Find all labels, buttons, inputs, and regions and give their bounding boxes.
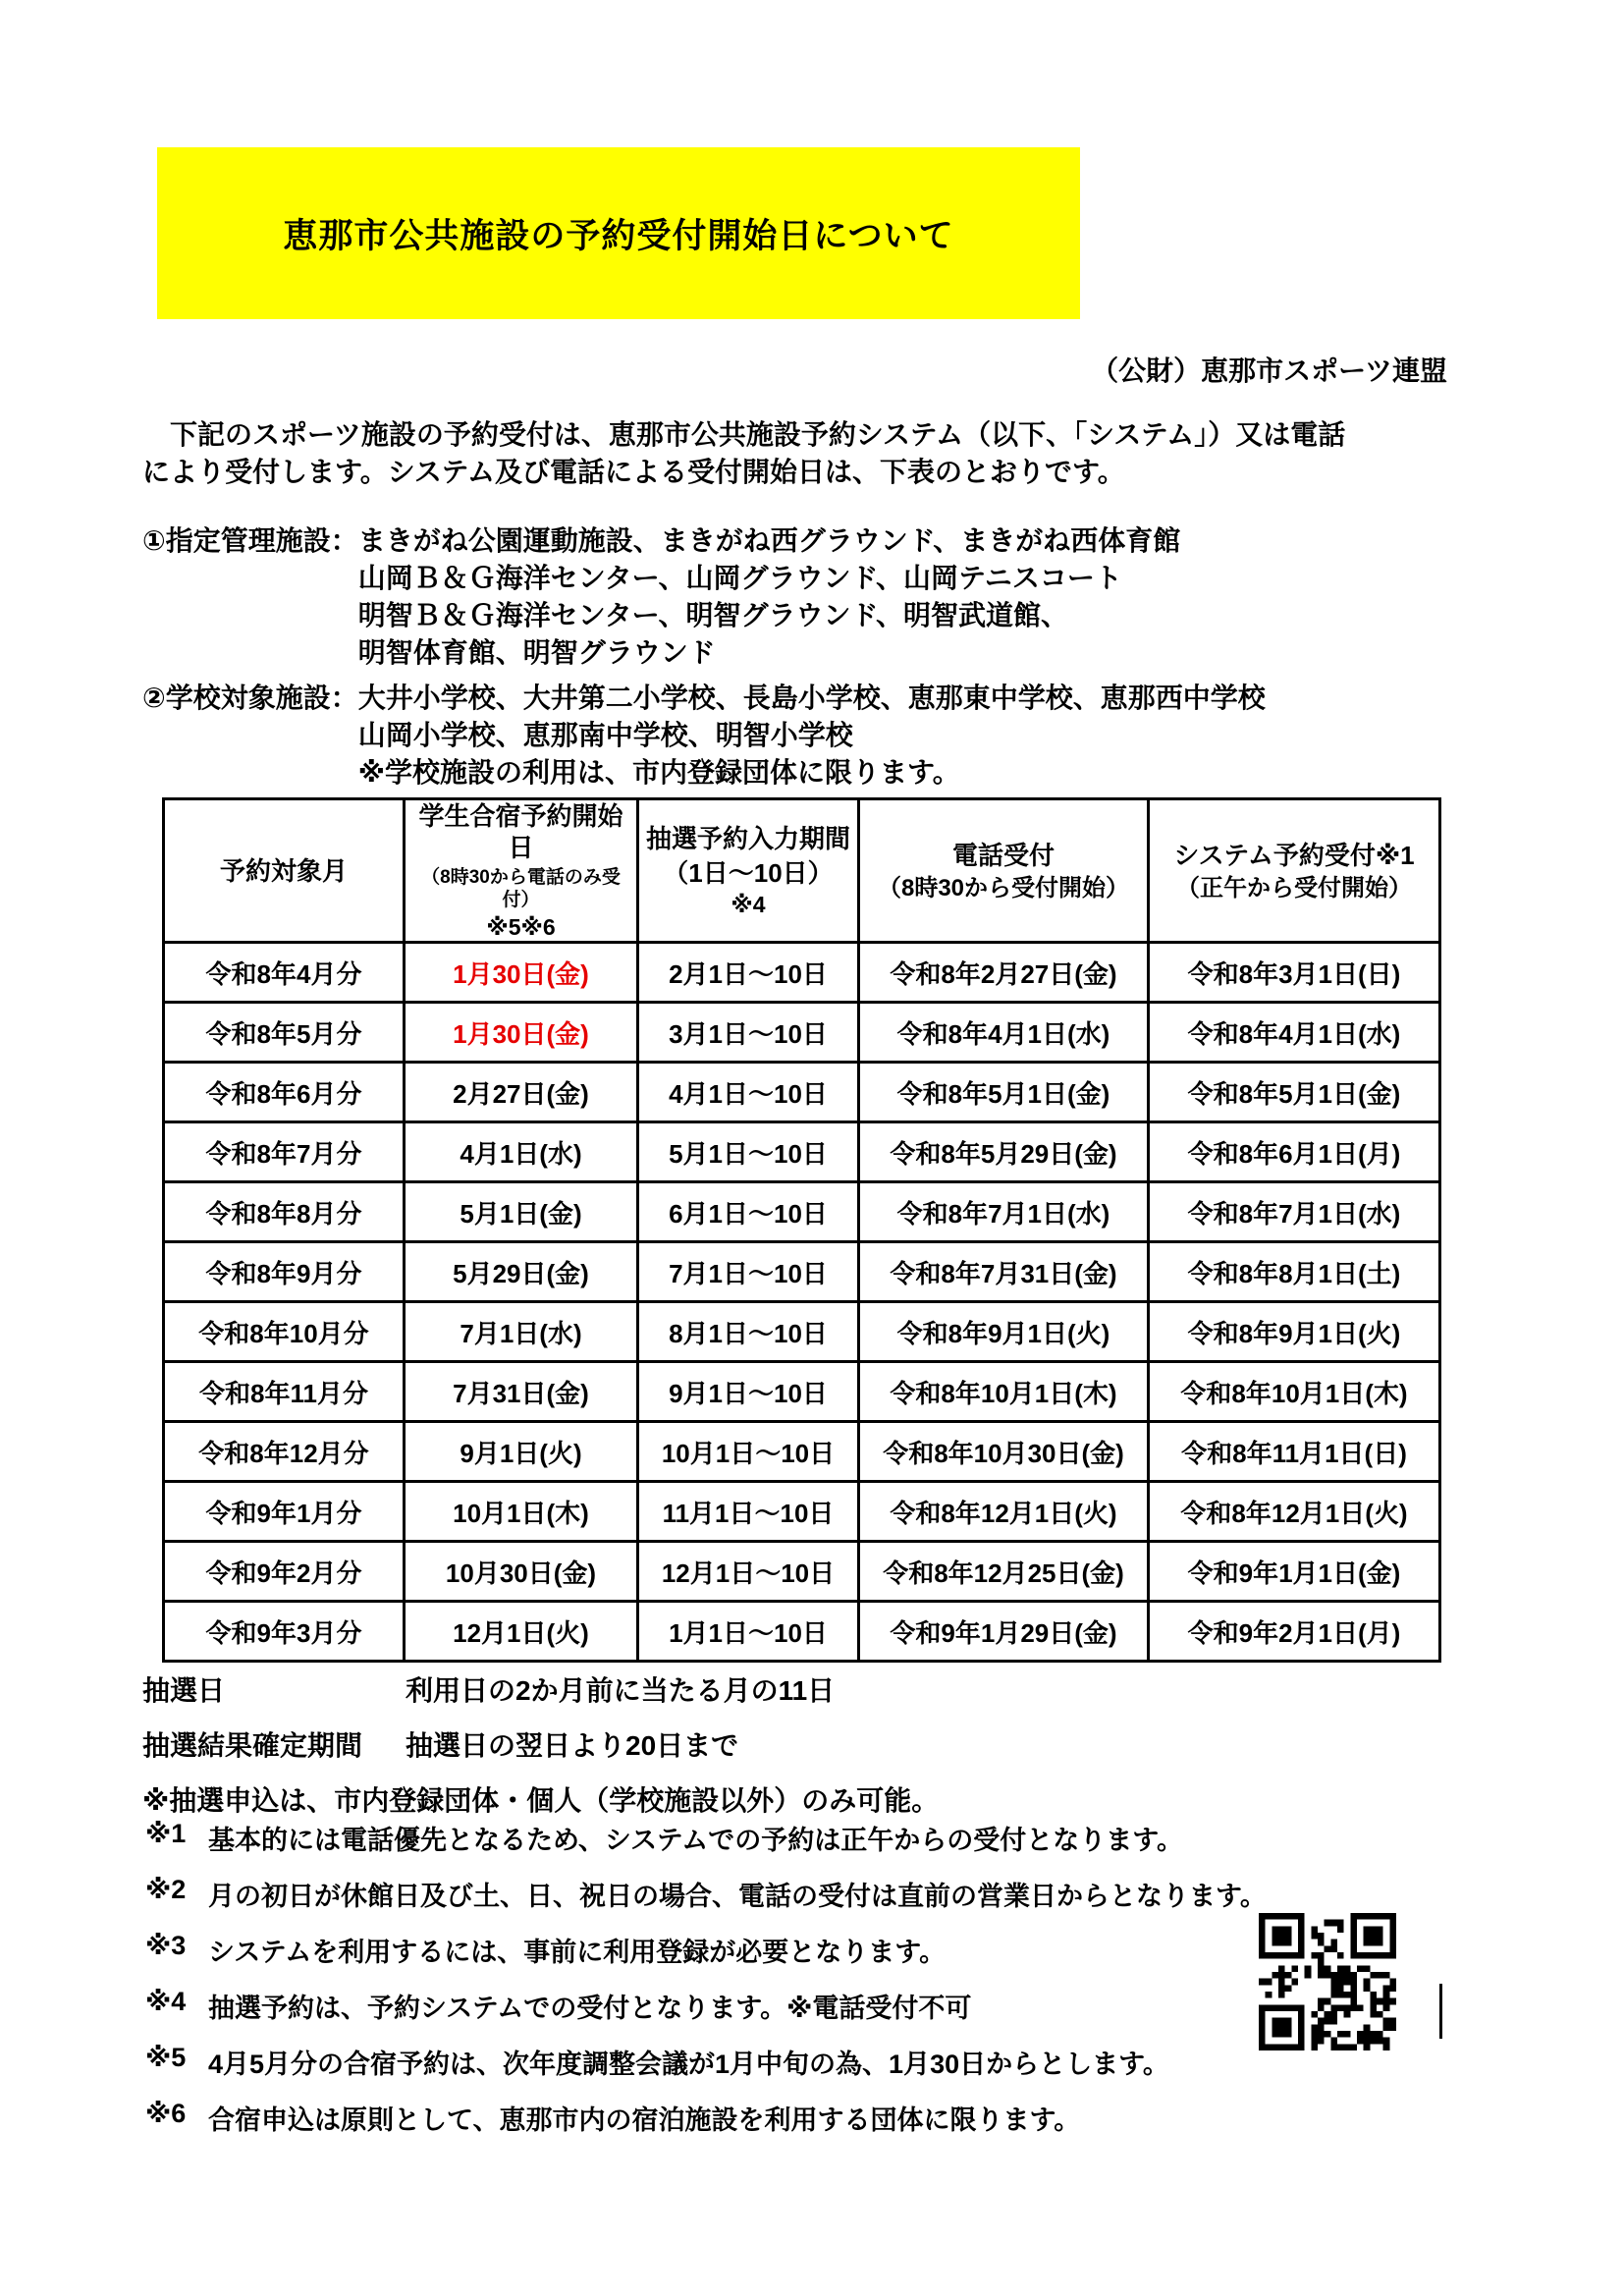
vertical-line-mark	[1439, 1984, 1442, 2039]
col-header-lottery-period: 抽選予約入力期間 （1日～10日） ※4	[638, 799, 859, 943]
facility-school-lines: 大井小学校、大井第二小学校、長島小学校、恵那東中学校、恵那西中学校 山岡小学校、…	[358, 680, 1266, 792]
facility-line: 明智体育館、明智グラウンド	[358, 634, 1180, 672]
cell-phone-start: 令和8年12月25日(金)	[859, 1542, 1149, 1602]
table-row: 令和9年1月分 10月1日(木) 11月1日～10日 令和8年12月1日(火) …	[164, 1482, 1440, 1542]
facility-designated-lines: まきがね公園運動施設、まきがね西グラウンド、まきがね西体育館 山岡Ｂ＆Ｇ海洋セン…	[358, 522, 1180, 672]
cell-camp-start: 1月30日(金)	[405, 1003, 638, 1063]
table-row: 令和8年12月分 9月1日(火) 10月1日～10日 令和8年10月30日(金)…	[164, 1422, 1440, 1482]
header-note-ref: ※4	[731, 892, 765, 918]
note-text: 抽選日の翌日より20日まで	[406, 1724, 738, 1764]
cell-phone-start: 令和8年7月31日(金)	[859, 1242, 1149, 1302]
cell-lottery-period: 9月1日～10日	[638, 1362, 859, 1422]
title-banner: 恵那市公共施設の予約受付開始日について	[157, 147, 1080, 319]
cell-month: 令和9年1月分	[164, 1482, 405, 1542]
header-line: 電話受付	[952, 840, 1055, 871]
footnote-number: ※1	[145, 1819, 208, 1857]
table-row: 令和8年11月分 7月31日(金) 9月1日～10日 令和8年10月1日(木) …	[164, 1362, 1440, 1422]
table-row: 令和9年3月分 12月1日(火) 1月1日～10日 令和9年1月29日(金) 令…	[164, 1602, 1440, 1662]
footnote-number: ※6	[145, 2099, 208, 2137]
cell-month: 令和8年9月分	[164, 1242, 405, 1302]
note-lottery-eligibility: ※抽選申込は、市内登録団体・個人（学校施設以外）のみ可能。	[142, 1779, 939, 1819]
header-line: 学生合宿予約開始日	[409, 800, 632, 863]
cell-camp-start: 5月29日(金)	[405, 1242, 638, 1302]
footnote-number: ※3	[145, 1931, 208, 1969]
footnote-number: ※2	[145, 1875, 208, 1913]
cell-system-start: 令和8年7月1日(水)	[1149, 1182, 1440, 1242]
cell-lottery-period: 10月1日～10日	[638, 1422, 859, 1482]
schedule-table: 予約対象月 学生合宿予約開始日 （8時30から電話のみ受付） ※5※6 抽選予約…	[162, 797, 1441, 1663]
cell-lottery-period: 5月1日～10日	[638, 1122, 859, 1182]
cell-phone-start: 令和8年12月1日(火)	[859, 1482, 1149, 1542]
cell-lottery-period: 6月1日～10日	[638, 1182, 859, 1242]
header-subline: （8時30から電話のみ受付）	[409, 866, 632, 911]
note-result-period: 抽選結果確定期間 抽選日の翌日より20日まで	[142, 1724, 939, 1764]
cell-camp-start: 7月1日(水)	[405, 1302, 638, 1362]
cell-lottery-period: 3月1日～10日	[638, 1003, 859, 1063]
cell-lottery-period: 1月1日～10日	[638, 1602, 859, 1662]
cell-system-start: 令和8年11月1日(日)	[1149, 1422, 1440, 1482]
header-line: 抽選予約入力期間	[646, 823, 850, 854]
cell-phone-start: 令和8年5月1日(金)	[859, 1063, 1149, 1122]
cell-lottery-period: 12月1日～10日	[638, 1542, 859, 1602]
intro-line-2: により受付します。システム及び電話による受付開始日は、下表のとおりです。	[142, 454, 1345, 491]
header-subline: （正午から受付開始）	[1176, 874, 1412, 902]
table-row: 令和8年5月分 1月30日(金) 3月1日～10日 令和8年4月1日(水) 令和…	[164, 1003, 1440, 1063]
cell-lottery-period: 4月1日～10日	[638, 1063, 859, 1122]
cell-camp-start: 5月1日(金)	[405, 1182, 638, 1242]
cell-phone-start: 令和8年7月1日(水)	[859, 1182, 1149, 1242]
cell-system-start: 令和8年3月1日(日)	[1149, 943, 1440, 1003]
cell-month: 令和8年4月分	[164, 943, 405, 1003]
cell-month: 令和9年3月分	[164, 1602, 405, 1662]
cell-month: 令和8年7月分	[164, 1122, 405, 1182]
facility-line: 明智Ｂ＆Ｇ海洋センター、明智グラウンド、明智武道館、	[358, 597, 1180, 634]
cell-month: 令和9年2月分	[164, 1542, 405, 1602]
header-line: システム予約受付※1	[1173, 840, 1414, 871]
qr-code	[1259, 1913, 1396, 2050]
facility-list-designated: ①指定管理施設： まきがね公園運動施設、まきがね西グラウンド、まきがね西体育館 …	[142, 522, 1180, 672]
col-header-camp-start: 学生合宿予約開始日 （8時30から電話のみ受付） ※5※6	[405, 799, 638, 943]
footnote-number: ※4	[145, 1987, 208, 2025]
footnote: ※5 4月5月分の合宿予約は、次年度調整会議が1月中旬の為、1月30日からとしま…	[145, 2043, 1267, 2081]
cell-system-start: 令和9年1月1日(金)	[1149, 1542, 1440, 1602]
cell-lottery-period: 2月1日～10日	[638, 943, 859, 1003]
cell-month: 令和8年6月分	[164, 1063, 405, 1122]
header-line: 予約対象月	[220, 855, 348, 887]
footnote-text: 抽選予約は、予約システムでの受付となります。※電話受付不可	[208, 1987, 971, 2025]
cell-month: 令和8年8月分	[164, 1182, 405, 1242]
footnote-text: 4月5月分の合宿予約は、次年度調整会議が1月中旬の為、1月30日からとします。	[208, 2043, 1169, 2081]
cell-camp-start: 9月1日(火)	[405, 1422, 638, 1482]
table-header-row: 予約対象月 学生合宿予約開始日 （8時30から電話のみ受付） ※5※6 抽選予約…	[164, 799, 1440, 943]
facility-list-school: ②学校対象施設： 大井小学校、大井第二小学校、長島小学校、恵那東中学校、恵那西中…	[142, 680, 1266, 792]
cell-camp-start: 4月1日(水)	[405, 1122, 638, 1182]
cell-camp-start: 10月1日(木)	[405, 1482, 638, 1542]
cell-camp-start: 12月1日(火)	[405, 1602, 638, 1662]
footnote-number: ※5	[145, 2043, 208, 2081]
footnote-text: 月の初日が休館日及び土、日、祝日の場合、電話の受付は直前の営業日からとなります。	[208, 1875, 1267, 1913]
facility-line: 大井小学校、大井第二小学校、長島小学校、恵那東中学校、恵那西中学校	[358, 680, 1266, 717]
cell-system-start: 令和8年8月1日(土)	[1149, 1242, 1440, 1302]
col-header-target-month: 予約対象月	[164, 799, 405, 943]
facility-line: ※学校施設の利用は、市内登録団体に限ります。	[358, 754, 1266, 792]
footnote-text: 基本的には電話優先となるため、システムでの予約は正午からの受付となります。	[208, 1819, 1183, 1857]
note-text: 利用日の2か月前に当たる月の11日	[406, 1669, 835, 1709]
facility-line: まきがね公園運動施設、まきがね西グラウンド、まきがね西体育館	[358, 522, 1180, 560]
facility-school-label: ②学校対象施設：	[142, 680, 358, 792]
header-note-ref: ※5※6	[486, 914, 555, 941]
cell-month: 令和8年12月分	[164, 1422, 405, 1482]
footnote: ※1 基本的には電話優先となるため、システムでの予約は正午からの受付となります。	[145, 1819, 1267, 1857]
cell-month: 令和8年11月分	[164, 1362, 405, 1422]
intro-line-1: 下記のスポーツ施設の予約受付は、恵那市公共施設予約システム（以下、「システム」）…	[142, 416, 1345, 454]
page-title: 恵那市公共施設の予約受付開始日について	[283, 209, 953, 258]
cell-system-start: 令和8年5月1日(金)	[1149, 1063, 1440, 1122]
cell-system-start: 令和8年12月1日(火)	[1149, 1482, 1440, 1542]
cell-month: 令和8年10月分	[164, 1302, 405, 1362]
cell-phone-start: 令和9年1月29日(金)	[859, 1602, 1149, 1662]
table-row: 令和8年9月分 5月29日(金) 7月1日～10日 令和8年7月31日(金) 令…	[164, 1242, 1440, 1302]
col-header-phone: 電話受付 （8時30から受付開始）	[859, 799, 1149, 943]
cell-phone-start: 令和8年5月29日(金)	[859, 1122, 1149, 1182]
cell-phone-start: 令和8年10月1日(木)	[859, 1362, 1149, 1422]
cell-system-start: 令和9年2月1日(月)	[1149, 1602, 1440, 1662]
cell-system-start: 令和8年10月1日(木)	[1149, 1362, 1440, 1422]
footnote: ※2 月の初日が休館日及び土、日、祝日の場合、電話の受付は直前の営業日からとなり…	[145, 1875, 1267, 1913]
cell-phone-start: 令和8年10月30日(金)	[859, 1422, 1149, 1482]
facility-line: 山岡Ｂ＆Ｇ海洋センター、山岡グラウンド、山岡テニスコート	[358, 560, 1180, 597]
note-lottery-day: 抽選日 利用日の2か月前に当たる月の11日	[142, 1669, 939, 1709]
cell-lottery-period: 8月1日～10日	[638, 1302, 859, 1362]
header-subline: （8時30から受付開始）	[878, 874, 1129, 902]
organization-name: （公財）恵那市スポーツ連盟	[1091, 350, 1447, 389]
cell-system-start: 令和8年9月1日(火)	[1149, 1302, 1440, 1362]
cell-phone-start: 令和8年9月1日(火)	[859, 1302, 1149, 1362]
notes-block: 抽選日 利用日の2か月前に当たる月の11日 抽選結果確定期間 抽選日の翌日より2…	[142, 1669, 939, 1834]
footnote-text: 合宿申込は原則として、恵那市内の宿泊施設を利用する団体に限ります。	[208, 2099, 1080, 2137]
cell-camp-start: 10月30日(金)	[405, 1542, 638, 1602]
table-row: 令和8年6月分 2月27日(金) 4月1日～10日 令和8年5月1日(金) 令和…	[164, 1063, 1440, 1122]
col-header-system: システム予約受付※1 （正午から受付開始）	[1149, 799, 1440, 943]
footnote: ※3 システムを利用するには、事前に利用登録が必要となります。	[145, 1931, 1267, 1969]
footnotes-block: ※1 基本的には電話優先となるため、システムでの予約は正午からの受付となります。…	[145, 1819, 1267, 2155]
cell-camp-start: 2月27日(金)	[405, 1063, 638, 1122]
cell-lottery-period: 7月1日～10日	[638, 1242, 859, 1302]
footnote: ※4 抽選予約は、予約システムでの受付となります。※電話受付不可	[145, 1987, 1267, 2025]
table-row: 令和8年10月分 7月1日(水) 8月1日～10日 令和8年9月1日(火) 令和…	[164, 1302, 1440, 1362]
header-subline: （1日～10日）	[663, 857, 833, 889]
intro-paragraph: 下記のスポーツ施設の予約受付は、恵那市公共施設予約システム（以下、「システム」）…	[142, 416, 1345, 491]
note-label: 抽選日	[142, 1669, 406, 1709]
cell-camp-start: 7月31日(金)	[405, 1362, 638, 1422]
facility-line: 山岡小学校、恵那南中学校、明智小学校	[358, 717, 1266, 754]
footnote: ※6 合宿申込は原則として、恵那市内の宿泊施設を利用する団体に限ります。	[145, 2099, 1267, 2137]
document-page: 恵那市公共施設の予約受付開始日について （公財）恵那市スポーツ連盟 下記のスポー…	[0, 0, 1624, 2296]
cell-phone-start: 令和8年2月27日(金)	[859, 943, 1149, 1003]
cell-lottery-period: 11月1日～10日	[638, 1482, 859, 1542]
cell-system-start: 令和8年4月1日(水)	[1149, 1003, 1440, 1063]
table-row: 令和9年2月分 10月30日(金) 12月1日～10日 令和8年12月25日(金…	[164, 1542, 1440, 1602]
cell-phone-start: 令和8年4月1日(水)	[859, 1003, 1149, 1063]
table-row: 令和8年8月分 5月1日(金) 6月1日～10日 令和8年7月1日(水) 令和8…	[164, 1182, 1440, 1242]
cell-month: 令和8年5月分	[164, 1003, 405, 1063]
footnote-text: システムを利用するには、事前に利用登録が必要となります。	[208, 1931, 946, 1969]
facility-designated-label: ①指定管理施設：	[142, 522, 358, 672]
cell-system-start: 令和8年6月1日(月)	[1149, 1122, 1440, 1182]
note-label: 抽選結果確定期間	[142, 1724, 406, 1764]
table-row: 令和8年7月分 4月1日(水) 5月1日～10日 令和8年5月29日(金) 令和…	[164, 1122, 1440, 1182]
table-row: 令和8年4月分 1月30日(金) 2月1日～10日 令和8年2月27日(金) 令…	[164, 943, 1440, 1003]
cell-camp-start: 1月30日(金)	[405, 943, 638, 1003]
